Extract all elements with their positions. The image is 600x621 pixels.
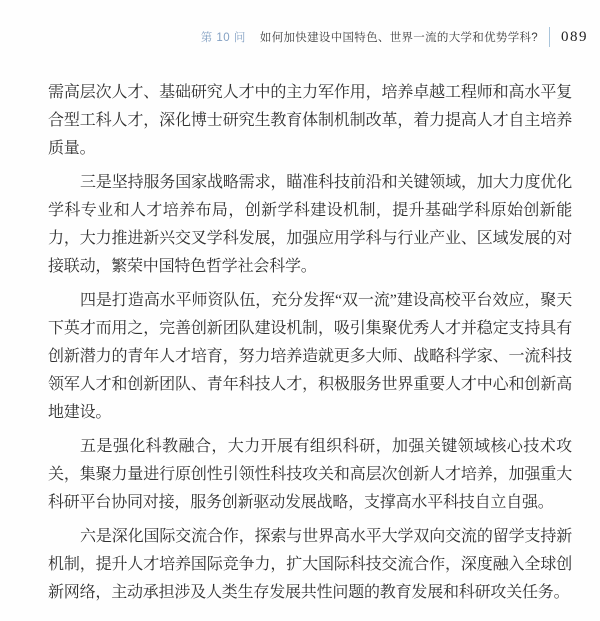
book-page: 第 10 问 如何加快建设中国特色、世界一流的大学和优势学科? 089 需高层次… [0, 0, 600, 621]
page-header: 第 10 问 如何加快建设中国特色、世界一流的大学和优势学科? 089 [0, 0, 600, 47]
page-number: 089 [561, 29, 588, 46]
paragraph: 三是坚持服务国家战略需求，瞄准科技前沿和关键领域，加大力度优化学科专业和人才培养… [48, 169, 572, 281]
paragraph: 需高层次人才、基础研究人才中的主力军作用，培养卓越工程师和高水平复合型工科人才，… [48, 79, 572, 163]
body-text: 需高层次人才、基础研究人才中的主力军作用，培养卓越工程师和高水平复合型工科人才，… [48, 79, 572, 607]
paragraph: 五是强化科教融合，大力开展有组织科研，加强关键领域核心技术攻关，集聚力量进行原创… [48, 433, 572, 517]
header-divider [549, 27, 550, 47]
chapter-number-label: 第 10 问 [201, 29, 246, 45]
paragraph: 六是深化国际交流合作，探索与世界高水平大学双向交流的留学支持新机制，提升人才培养… [48, 523, 572, 607]
paragraph: 四是打造高水平师资队伍，充分发挥“双一流”建设高校平台效应，聚天下英才而用之，完… [48, 287, 572, 427]
chapter-title: 如何加快建设中国特色、世界一流的大学和优势学科? [260, 29, 538, 45]
